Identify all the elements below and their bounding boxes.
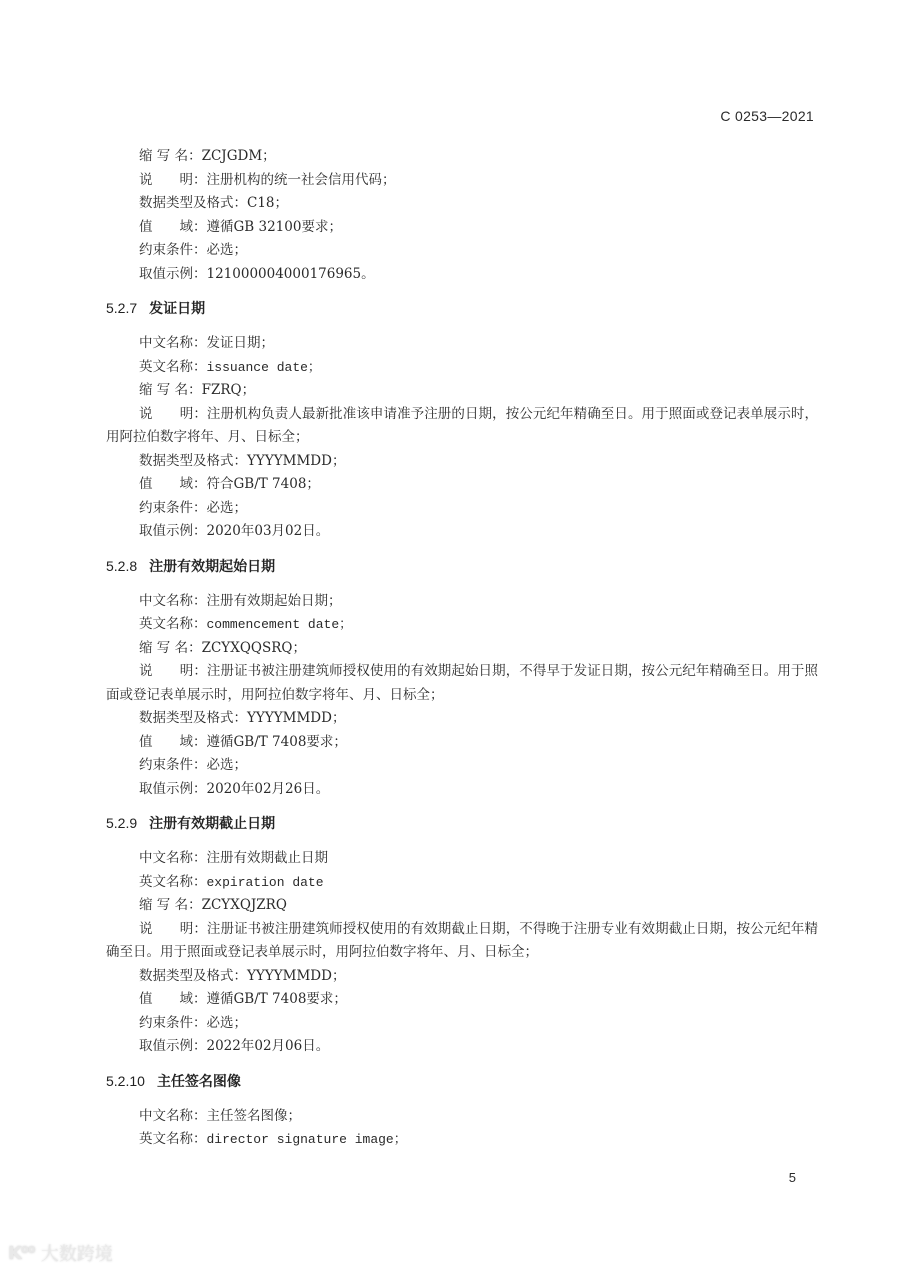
field-description: 说 明：注册证书被注册建筑师授权使用的有效期起始日期，不得早于发证日期，按公元纪… — [106, 660, 818, 707]
field-value: 必选； — [207, 757, 248, 773]
field-value: 必选； — [207, 242, 248, 258]
field-label: 英文名称： — [139, 874, 207, 890]
field-value: 注册证书被注册建筑师授权使用的有效期截止日期，不得晚于注册专业有效期截止日期，按… — [106, 921, 818, 961]
field-label: 数据类型及格式： — [139, 453, 247, 469]
field-english-name: 英文名称：issuance date； — [106, 356, 818, 380]
field-label: 英文名称： — [139, 1131, 207, 1147]
document-code: C 0253—2021 — [720, 108, 814, 124]
field-label: 取值示例： — [139, 266, 207, 282]
section-heading: 5.2.10主任签名图像 — [106, 1071, 818, 1092]
field-label: 说 明： — [139, 406, 207, 422]
section-5-2-9: 5.2.9注册有效期截止日期 中文名称：注册有效期截止日期 英文名称：expir… — [106, 813, 818, 1059]
field-label: 英文名称： — [139, 616, 207, 632]
field-value-domain: 值 域：遵循GB 32100要求； — [106, 216, 818, 240]
field-label: 约束条件： — [139, 1015, 207, 1031]
field-value: 2020年03月02日。 — [207, 523, 330, 539]
section-number: 5.2.7 — [106, 300, 137, 316]
field-value: 注册机构的统一社会信用代码； — [207, 172, 396, 188]
section-number: 5.2.8 — [106, 558, 137, 574]
field-value: 遵循GB/T 7408要求； — [207, 734, 347, 750]
field-label: 取值示例： — [139, 523, 207, 539]
section-number: 5.2.10 — [106, 1073, 145, 1089]
field-abbreviation: 缩 写 名：FZRQ； — [106, 379, 818, 403]
field-constraint: 约束条件：必选； — [106, 497, 818, 521]
section-title: 主任签名图像 — [157, 1074, 241, 1090]
field-label: 值 域： — [139, 219, 207, 235]
section-number: 5.2.9 — [106, 815, 137, 831]
field-value: 主任签名图像； — [207, 1108, 302, 1124]
section-title: 发证日期 — [149, 301, 205, 317]
field-value: 必选； — [207, 1015, 248, 1031]
field-label: 值 域： — [139, 476, 207, 492]
field-label: 约束条件： — [139, 757, 207, 773]
field-value-domain: 值 域：遵循GB/T 7408要求； — [106, 988, 818, 1012]
field-value: 注册有效期截止日期 — [207, 850, 329, 866]
field-label: 取值示例： — [139, 781, 207, 797]
field-value: director signature image； — [207, 1132, 407, 1147]
section-5-2-10: 5.2.10主任签名图像 中文名称：主任签名图像； 英文名称：director … — [106, 1071, 818, 1152]
field-chinese-name: 中文名称：注册有效期截止日期 — [106, 847, 818, 871]
field-label: 中文名称： — [139, 850, 207, 866]
field-value: 121000004000176965。 — [207, 266, 375, 282]
field-chinese-name: 中文名称：发证日期； — [106, 332, 818, 356]
field-constraint: 约束条件：必选； — [106, 1012, 818, 1036]
field-value-domain: 值 域：符合GB/T 7408； — [106, 473, 818, 497]
field-description: 说 明：注册机构的统一社会信用代码； — [106, 169, 818, 193]
section-heading: 5.2.9注册有效期截止日期 — [106, 813, 818, 834]
section-title: 注册有效期截止日期 — [149, 816, 275, 832]
field-data-type: 数据类型及格式：C18； — [106, 192, 818, 216]
field-label: 说 明： — [139, 663, 207, 679]
section-heading: 5.2.7发证日期 — [106, 298, 818, 319]
page-number: 5 — [789, 1170, 796, 1185]
field-label: 中文名称： — [139, 1108, 207, 1124]
field-abbreviation: 缩 写 名：ZCJGDM； — [106, 145, 818, 169]
field-value: 遵循GB/T 7408要求； — [207, 991, 347, 1007]
document-content: 缩 写 名：ZCJGDM； 说 明：注册机构的统一社会信用代码； 数据类型及格式… — [106, 145, 818, 1152]
intro-fields: 缩 写 名：ZCJGDM； 说 明：注册机构的统一社会信用代码； 数据类型及格式… — [106, 145, 818, 286]
field-label: 中文名称： — [139, 593, 207, 609]
field-example: 取值示例：2020年03月02日。 — [106, 520, 818, 544]
field-example: 取值示例：121000004000176965。 — [106, 263, 818, 287]
watermark-logo-icon: K⁰⁰ — [8, 1243, 35, 1264]
field-label: 值 域： — [139, 991, 207, 1007]
field-label: 约束条件： — [139, 500, 207, 516]
field-abbreviation: 缩 写 名：ZCYXQQSRQ； — [106, 637, 818, 661]
watermark-text: 大数跨境 — [41, 1240, 113, 1266]
field-description: 说 明：注册机构负责人最新批准该申请准予注册的日期，按公元纪年精确至日。用于照面… — [106, 403, 818, 450]
section-heading: 5.2.8注册有效期起始日期 — [106, 556, 818, 577]
field-value: 2022年02月06日。 — [207, 1038, 330, 1054]
document-page: C 0253—2021 缩 写 名：ZCJGDM； 说 明：注册机构的统一社会信… — [0, 0, 900, 1273]
field-value: FZRQ； — [202, 382, 255, 398]
field-value: YYYYMMDD； — [247, 453, 345, 469]
field-value: YYYYMMDD； — [247, 968, 345, 984]
field-value: 符合GB/T 7408； — [207, 476, 320, 492]
field-value: issuance date； — [207, 360, 321, 375]
field-label: 缩 写 名： — [139, 897, 202, 913]
field-value: ZCYXQJZRQ — [202, 897, 287, 913]
field-english-name: 英文名称：commencement date； — [106, 613, 818, 637]
field-value: 发证日期； — [207, 335, 275, 351]
section-5-2-8: 5.2.8注册有效期起始日期 中文名称：注册有效期起始日期； 英文名称：comm… — [106, 556, 818, 802]
field-constraint: 约束条件：必选； — [106, 754, 818, 778]
field-example: 取值示例：2022年02月06日。 — [106, 1035, 818, 1059]
field-abbreviation: 缩 写 名：ZCYXQJZRQ — [106, 894, 818, 918]
field-label: 说 明： — [139, 172, 207, 188]
field-value: ZCYXQQSRQ； — [202, 640, 306, 656]
field-value-domain: 值 域：遵循GB/T 7408要求； — [106, 731, 818, 755]
field-value: 必选； — [207, 500, 248, 516]
field-label: 中文名称： — [139, 335, 207, 351]
field-value: C18； — [247, 195, 288, 211]
field-value: YYYYMMDD； — [247, 710, 345, 726]
field-data-type: 数据类型及格式：YYYYMMDD； — [106, 707, 818, 731]
field-label: 缩 写 名： — [139, 640, 202, 656]
section-title: 注册有效期起始日期 — [149, 559, 275, 575]
field-value: 注册证书被注册建筑师授权使用的有效期起始日期，不得早于发证日期，按公元纪年精确至… — [106, 663, 818, 703]
field-value: 遵循GB 32100要求； — [207, 219, 342, 235]
field-label: 缩 写 名： — [139, 148, 202, 164]
field-value: commencement date； — [207, 617, 353, 632]
section-5-2-7: 5.2.7发证日期 中文名称：发证日期； 英文名称：issuance date；… — [106, 298, 818, 544]
field-value: 注册机构负责人最新批准该申请准予注册的日期，按公元纪年精确至日。用于照面或登记表… — [106, 406, 818, 446]
field-label: 数据类型及格式： — [139, 968, 247, 984]
field-label: 约束条件： — [139, 242, 207, 258]
field-label: 取值示例： — [139, 1038, 207, 1054]
field-label: 数据类型及格式： — [139, 195, 247, 211]
field-label: 值 域： — [139, 734, 207, 750]
field-chinese-name: 中文名称：主任签名图像； — [106, 1105, 818, 1129]
field-label: 数据类型及格式： — [139, 710, 247, 726]
field-label: 缩 写 名： — [139, 382, 202, 398]
field-example: 取值示例：2020年02月26日。 — [106, 778, 818, 802]
field-chinese-name: 中文名称：注册有效期起始日期； — [106, 590, 818, 614]
field-description: 说 明：注册证书被注册建筑师授权使用的有效期截止日期，不得晚于注册专业有效期截止… — [106, 918, 818, 965]
field-value: expiration date — [207, 875, 324, 890]
field-value: ZCJGDM； — [202, 148, 276, 164]
watermark: K⁰⁰ 大数跨境 — [8, 1240, 113, 1266]
field-value: 2020年02月26日。 — [207, 781, 330, 797]
field-data-type: 数据类型及格式：YYYYMMDD； — [106, 965, 818, 989]
field-label: 英文名称： — [139, 359, 207, 375]
field-data-type: 数据类型及格式：YYYYMMDD； — [106, 450, 818, 474]
field-label: 说 明： — [139, 921, 207, 937]
field-english-name: 英文名称：director signature image； — [106, 1128, 818, 1152]
field-value: 注册有效期起始日期； — [207, 593, 342, 609]
field-constraint: 约束条件：必选； — [106, 239, 818, 263]
field-english-name: 英文名称：expiration date — [106, 871, 818, 895]
